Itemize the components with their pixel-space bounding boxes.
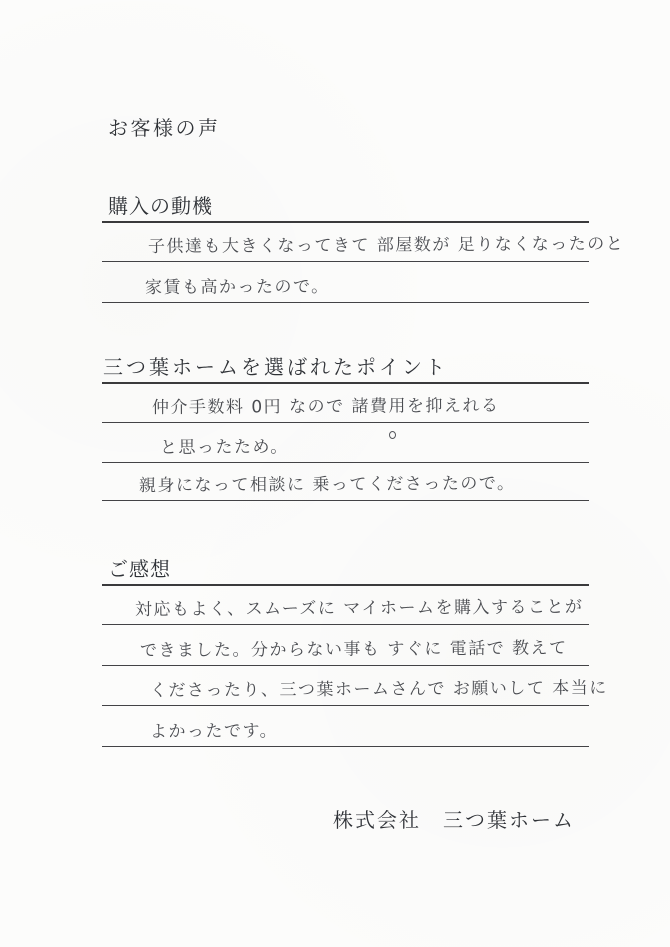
answer-line: できました。分からない事も すぐに 電話で 教えて [102, 628, 589, 666]
section-heading-label: 購入の動機 [108, 190, 213, 221]
answer-line: 仲介手数料 0円 なので 諸費用を抑えれる [102, 385, 589, 423]
handwritten-text: できました。分からない事も すぐに 電話で 教えて [140, 633, 568, 665]
handwritten-text: 親身になって相談に 乗ってくださったので。 [139, 469, 516, 500]
handwritten-text: 子供達も大きくなってきて 部屋数が 足りなくなったのと [148, 229, 624, 261]
handwritten-text: よかったです。 [150, 716, 278, 746]
section-heading-label: 三つ葉ホームを選ばれたポイント [103, 351, 448, 382]
section-heading-label: ご感想 [108, 553, 171, 584]
scanned-customer-voice-document: お客様の声 購入の動機 子供達も大きくなってきて 部屋数が 足りなくなったのと … [0, 0, 670, 947]
answer-line: 子供達も大きくなってきて 部屋数が 足りなくなったのと [102, 224, 589, 262]
handwritten-text: くださったり、三つ葉ホームさんで お願いして 本当に [150, 673, 608, 705]
section-heading-purchase-motive: 購入の動機 [102, 194, 589, 223]
handwritten-text: と思ったため。 [160, 432, 289, 462]
answer-line: 親身になって相談に 乗ってくださったので。 [102, 463, 589, 501]
page-title: お客様の声 [108, 112, 221, 141]
handwritten-text: 対応もよく、スムーズに マイホームを購入することが [135, 592, 584, 624]
answer-line: 家賃も高かったので。 [102, 264, 589, 303]
answer-line: と思ったため。 [102, 425, 589, 463]
stray-ink-mark [389, 431, 396, 439]
company-signature: 株式会社 三つ葉ホーム [333, 804, 575, 833]
handwritten-text: 仲介手数料 0円 なので 諸費用を抑えれる [152, 391, 500, 422]
answer-line: よかったです。 [102, 709, 589, 747]
answer-line: くださったり、三つ葉ホームさんで お願いして 本当に [102, 668, 589, 706]
answer-line: 対応もよく、スムーズに マイホームを購入することが [102, 587, 589, 625]
handwritten-text: 家賃も高かったので。 [145, 272, 330, 302]
section-heading-impressions: ご感想 [102, 558, 589, 586]
section-heading-choice-points: 三つ葉ホームを選ばれたポイント [102, 355, 589, 384]
